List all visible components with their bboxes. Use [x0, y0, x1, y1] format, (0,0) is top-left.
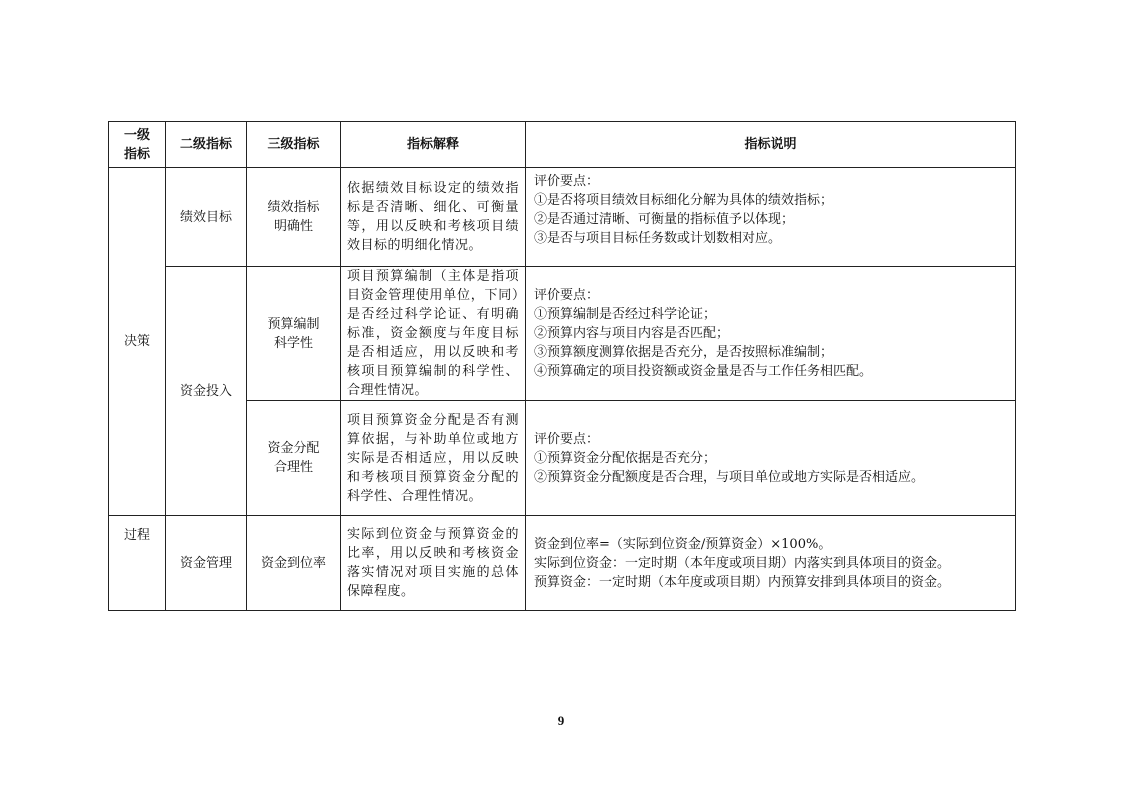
indicator-table: 一级 指标 二级指标 三级指标 指标解释 指标说明 决策 绩效目标 绩效指标 明… [108, 121, 1016, 611]
explanation-cell: 项目预算编制（主体是指项目资金管理使用单位，下同）是否经过科学论证、有明确标准，… [341, 267, 526, 401]
table-header-row: 一级 指标 二级指标 三级指标 指标解释 指标说明 [109, 122, 1016, 168]
table-row: 决策 绩效目标 绩效指标 明确性 依据绩效目标设定的绩效指标是否清晰、细化、可衡… [109, 168, 1016, 267]
notes-cell: 资金到位率=（实际到位资金/预算资金）×100%。 实际到位资金：一定时期（本年… [526, 516, 1016, 611]
level3-cell: 绩效指标 明确性 [247, 168, 341, 267]
level3-cell: 资金分配 合理性 [247, 401, 341, 516]
explanation-cell: 实际到位资金与预算资金的比率，用以反映和考核资金落实情况对项目实施的总体保障程度… [341, 516, 526, 611]
level3-cell: 资金到位率 [247, 516, 341, 611]
notes-cell: 评价要点： ①预算编制是否经过科学论证； ②预算内容与项目内容是否匹配； ③预算… [526, 267, 1016, 401]
header-level2: 二级指标 [166, 122, 247, 168]
table-row: 过程 资金管理 资金到位率 实际到位资金与预算资金的比率，用以反映和考核资金落实… [109, 516, 1016, 611]
level2-cell: 资金投入 [166, 267, 247, 516]
header-level1: 一级 指标 [109, 122, 166, 168]
level2-cell: 资金管理 [166, 516, 247, 611]
notes-cell: 评价要点： ①预算资金分配依据是否充分； ②预算资金分配额度是否合理，与项目单位… [526, 401, 1016, 516]
level1-cell: 决策 [109, 168, 166, 516]
explanation-cell: 依据绩效目标设定的绩效指标是否清晰、细化、可衡量等，用以反映和考核项目绩效目标的… [341, 168, 526, 267]
header-notes: 指标说明 [526, 122, 1016, 168]
header-explanation: 指标解释 [341, 122, 526, 168]
page-number: 9 [0, 713, 1122, 729]
header-level3: 三级指标 [247, 122, 341, 168]
notes-cell: 评价要点： ①是否将项目绩效目标细化分解为具体的绩效指标； ②是否通过清晰、可衡… [526, 168, 1016, 267]
table-row: 资金投入 预算编制 科学性 项目预算编制（主体是指项目资金管理使用单位，下同）是… [109, 267, 1016, 401]
level3-cell: 预算编制 科学性 [247, 267, 341, 401]
explanation-cell: 项目预算资金分配是否有测算依据，与补助单位或地方实际是否相适应，用以反映和考核项… [341, 401, 526, 516]
level1-cell: 过程 [109, 516, 166, 611]
level2-cell: 绩效目标 [166, 168, 247, 267]
